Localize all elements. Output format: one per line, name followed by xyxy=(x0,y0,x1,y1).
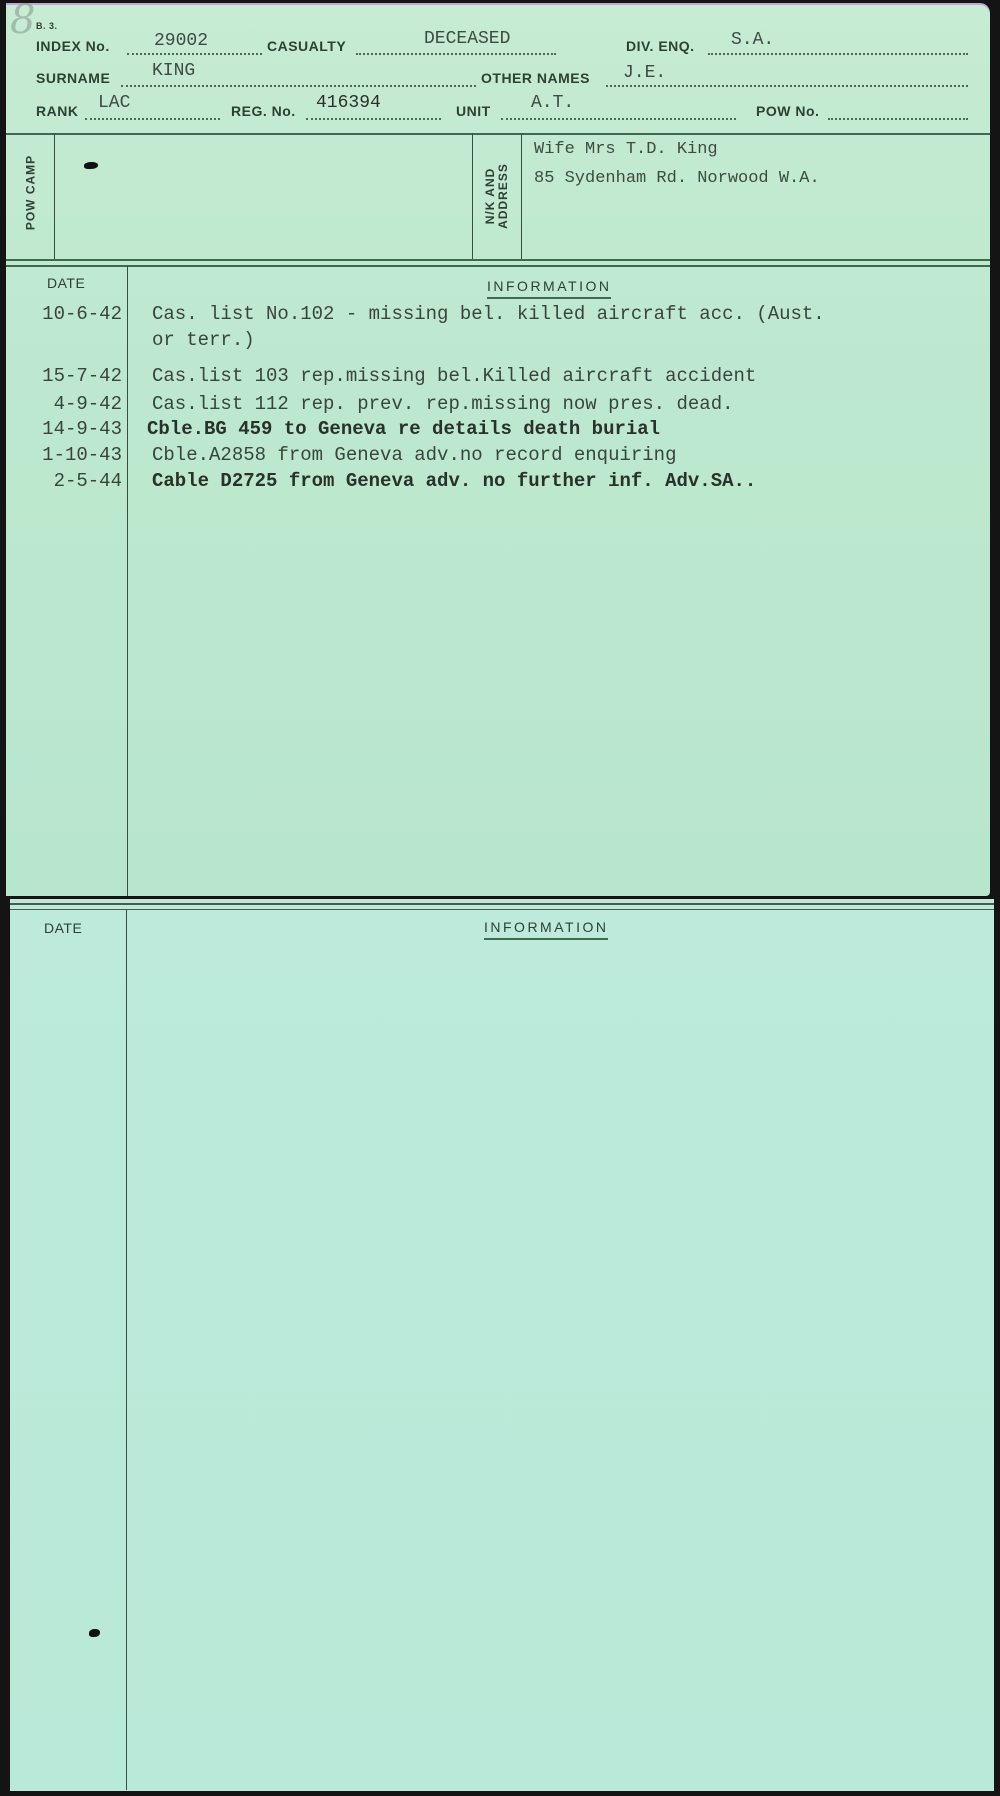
row-information: Cble.BG 459 to Geneva re details death b… xyxy=(147,418,660,440)
div-enq-value[interactable]: S.A. xyxy=(731,30,774,50)
row-information: Cas. list No.102 - missing bel. killed a… xyxy=(152,303,825,325)
nk-right-divider xyxy=(521,133,522,259)
reg-no-label: REG. No. xyxy=(231,103,296,119)
div-enq-line xyxy=(708,53,968,55)
row-date: 14-9-43 xyxy=(6,418,122,440)
unit-value[interactable]: A.T. xyxy=(531,93,574,113)
casualty-line xyxy=(356,53,556,55)
other-names-line xyxy=(606,85,968,87)
rank-line xyxy=(85,118,220,120)
surname-value[interactable]: KING xyxy=(152,61,195,81)
record-card-back: DATE INFORMATION xyxy=(10,899,994,1791)
pow-no-label: POW No. xyxy=(756,103,819,119)
form-code: B. 3. xyxy=(36,21,58,31)
other-names-label: OTHER NAMES xyxy=(481,70,590,86)
row-information: Cas.list 103 rep.missing bel.Killed airc… xyxy=(152,365,756,387)
nk-address-line-2[interactable]: 85 Sydenham Rd. Norwood W.A. xyxy=(534,169,820,188)
pow-camp-label: POW CAMP xyxy=(25,148,38,238)
row-date: 10-6-42 xyxy=(6,303,122,325)
rule-top xyxy=(6,133,990,135)
row-information: or terr.) xyxy=(152,329,255,351)
other-names-value[interactable]: J.E. xyxy=(623,63,666,83)
unit-label: UNIT xyxy=(456,103,491,119)
row-date: 1-10-43 xyxy=(6,444,122,466)
index-no-value[interactable]: 29002 xyxy=(154,31,208,51)
row-information: Cas.list 112 rep. prev. rep.missing now … xyxy=(152,393,734,415)
nk-address-label: N/K AND ADDRESS xyxy=(484,151,510,241)
pencil-mark: 8 xyxy=(10,0,35,43)
index-no-line xyxy=(127,53,262,55)
casualty-label: CASUALTY xyxy=(267,38,346,54)
casualty-value[interactable]: DECEASED xyxy=(424,29,510,49)
back-rule-1 xyxy=(10,903,994,905)
nk-address-line-1[interactable]: Wife Mrs T.D. King xyxy=(534,140,718,159)
div-enq-label: DIV. ENQ. xyxy=(626,38,695,54)
row-information: Cble.A2858 from Geneva adv.no record enq… xyxy=(152,444,677,466)
row-information: Cable D2725 from Geneva adv. no further … xyxy=(152,470,756,492)
rule-double-1 xyxy=(6,259,990,261)
rank-value[interactable]: LAC xyxy=(98,93,130,113)
row-date: 2-5-44 xyxy=(6,470,122,492)
back-date-column-divider xyxy=(126,910,127,1790)
row-date: 4-9-42 xyxy=(6,393,122,415)
record-card-front: 8 B. 3. INDEX No. 29002 CASUALTY DECEASE… xyxy=(6,3,990,896)
rank-label: RANK xyxy=(36,103,78,119)
back-date-header: DATE xyxy=(44,920,82,936)
date-header: DATE xyxy=(47,275,85,291)
index-no-label: INDEX No. xyxy=(36,38,110,54)
nk-left-divider xyxy=(472,133,473,259)
date-column-divider xyxy=(127,266,128,896)
surname-label: SURNAME xyxy=(36,70,110,86)
punch-hole xyxy=(84,162,98,169)
information-header: INFORMATION xyxy=(487,278,611,299)
reg-no-line xyxy=(306,118,441,120)
row-date: 15-7-42 xyxy=(6,365,122,387)
surname-line xyxy=(121,85,476,87)
unit-line xyxy=(501,118,736,120)
pow-no-line xyxy=(828,118,968,120)
rule-double-2 xyxy=(6,265,990,267)
back-punch-hole xyxy=(89,1629,100,1637)
back-information-header: INFORMATION xyxy=(484,919,608,940)
reg-no-value[interactable]: 416394 xyxy=(316,93,381,113)
back-rule-2 xyxy=(10,909,994,910)
pow-camp-divider xyxy=(54,133,55,259)
